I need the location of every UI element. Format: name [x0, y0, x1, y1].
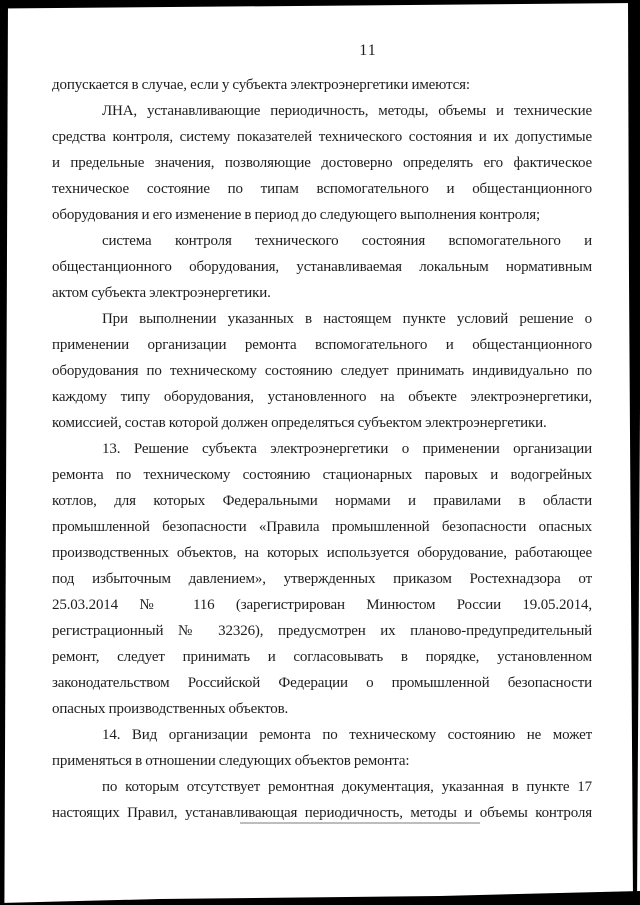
text-line: система контроля технического состояния …	[52, 228, 592, 254]
text-line: ремонт, следует принимать и согласовыват…	[52, 644, 592, 670]
scan-edge-top	[0, 0, 640, 10]
paragraph: ЛНА, устанавливающие периодичность, мето…	[52, 98, 592, 228]
paragraph: При выполнении указанных в настоящем пун…	[52, 306, 592, 436]
paragraph: по которым отсутствует ремонтная докумен…	[52, 774, 592, 826]
text-line: применяться в отношении следующих объект…	[52, 748, 592, 774]
text-line: комиссией, состав которой должен определ…	[52, 410, 592, 436]
document-body: допускается в случае, если у субъекта эл…	[52, 72, 592, 826]
text-line: 13. Решение субъекта электроэнергетики о…	[52, 436, 592, 462]
paragraph: система контроля технического состояния …	[52, 228, 592, 306]
text-line: регистрационный № 32326), предусмотрен и…	[52, 618, 592, 644]
text-line: настоящих Правил, устанавливающая период…	[52, 800, 592, 826]
scan-edge-right	[628, 0, 640, 905]
scan-edge-bottom	[0, 888, 640, 905]
text-line: ЛНА, устанавливающие периодичность, мето…	[52, 98, 592, 124]
text-line: техническое состояние по типам вспомогат…	[52, 176, 592, 202]
text-line: средства контроля, систему показателей т…	[52, 124, 592, 150]
text-line: применении организации ремонта вспомогат…	[52, 332, 592, 358]
text-line: ремонта по техническому состоянию стацио…	[52, 462, 592, 488]
text-line: 14. Вид организации ремонта по техническ…	[52, 722, 592, 748]
text-line: При выполнении указанных в настоящем пун…	[52, 306, 592, 332]
paragraph: допускается в случае, если у субъекта эл…	[52, 72, 592, 98]
text-line: допускается в случае, если у субъекта эл…	[52, 72, 592, 98]
text-line: и предельные значения, позволяющие досто…	[52, 150, 592, 176]
text-line: 25.03.2014 № 116 (зарегистрирован Минюст…	[52, 592, 592, 618]
paragraph: 13. Решение субъекта электроэнергетики о…	[52, 436, 592, 722]
text-line: законодательством Российской Федерации о…	[52, 670, 592, 696]
text-line: опасных производственных объектов.	[52, 696, 592, 722]
text-line: каждому типу оборудования, установленног…	[52, 384, 592, 410]
scanned-document-page: 11 допускается в случае, если у субъекта…	[0, 0, 640, 905]
text-line: оборудования и его изменение в период до…	[52, 202, 592, 228]
text-line: котлов, для которых Федеральными нормами…	[52, 488, 592, 514]
text-line: промышленной безопасности «Правила промы…	[52, 514, 592, 540]
paragraph: 14. Вид организации ремонта по техническ…	[52, 722, 592, 774]
text-line: производственных объектов, на которых ис…	[52, 540, 592, 566]
text-line: общестанционного оборудования, устанавли…	[52, 254, 592, 280]
page-number: 11	[338, 42, 398, 60]
text-line: актом субъекта электроэнергетики.	[52, 280, 592, 306]
scan-edge-left	[0, 0, 8, 905]
text-line: по которым отсутствует ремонтная докумен…	[52, 774, 592, 800]
text-line: оборудования по техническому состоянию с…	[52, 358, 592, 384]
text-line: под избыточным давлением», утвержденных …	[52, 566, 592, 592]
